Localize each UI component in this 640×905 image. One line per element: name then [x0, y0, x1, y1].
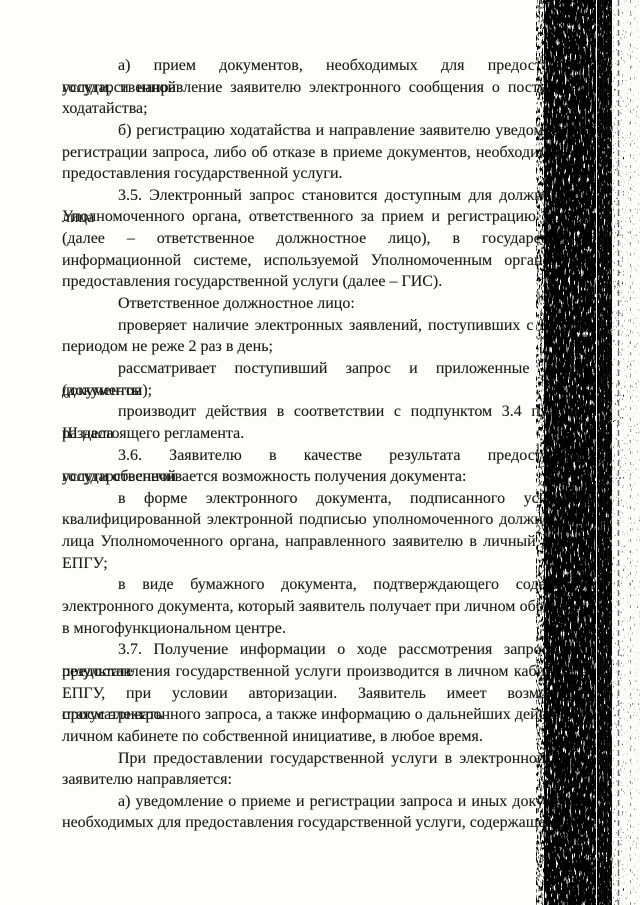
text-line: проверяет наличие электронных заявлений,… — [62, 315, 596, 337]
text-line: предоставления государственной услуги пр… — [62, 661, 596, 683]
text-line: а) прием документов, необходимых для пре… — [62, 55, 596, 77]
text-line: периодом не реже 2 раз в день; — [62, 336, 596, 358]
text-line: ЕПГУ; — [62, 553, 596, 575]
text-line: 3.5. Электронный запрос становится досту… — [62, 185, 596, 207]
scan-noise-texture — [536, 0, 640, 905]
text-line: (далее – ответственное должностное лицо)… — [62, 228, 596, 250]
document-page: а) прием документов, необходимых для пре… — [0, 0, 640, 905]
text-line: в многофункциональном центре. — [62, 618, 596, 640]
scan-artifact-band — [536, 0, 640, 905]
text-line: лица Уполномоченного органа, направленно… — [62, 531, 596, 553]
document-text: а) прием документов, необходимых для пре… — [62, 55, 596, 834]
text-line: заявителю направляется: — [62, 769, 596, 791]
text-line: предоставления государственной услуги. — [62, 163, 596, 185]
text-line: ходатайства; — [62, 98, 596, 120]
text-line: Уполномоченного органа, ответственного з… — [62, 206, 596, 228]
text-line: в виде бумажного документа, подтверждающ… — [62, 574, 596, 596]
text-line: услуги, и направление заявителю электрон… — [62, 77, 596, 99]
text-line: личном кабинете по собственной инициатив… — [62, 726, 596, 748]
text-line: (документы); — [62, 380, 596, 402]
text-line: производит действия в соответствии с под… — [62, 401, 596, 423]
text-line: 3.7. Получение информации о ходе рассмот… — [62, 639, 596, 661]
text-line: услуги обеспечивается возможность получе… — [62, 466, 596, 488]
text-line: Ответственное должностное лицо: — [62, 293, 596, 315]
text-line: статус электронного запроса, а также инф… — [62, 704, 596, 726]
text-line: рассматривает поступивший запрос и прило… — [62, 358, 596, 380]
text-line: а) уведомление о приеме и регистрации за… — [62, 791, 596, 813]
text-line: регистрации запроса, либо об отказе в пр… — [62, 142, 596, 164]
text-line: б) регистрацию ходатайства и направление… — [62, 120, 596, 142]
text-line: При предоставлении государственной услуг… — [62, 748, 596, 770]
text-line: 3.6. Заявителю в качестве результата пре… — [62, 445, 596, 467]
text-line: предоставления государственной услуги (д… — [62, 271, 596, 293]
text-line: III настоящего регламента. — [62, 423, 596, 445]
text-line: ЕПГУ, при условии авторизации. Заявитель… — [62, 683, 596, 705]
text-line: электронного документа, который заявител… — [62, 596, 596, 618]
text-line: необходимых для предоставления государст… — [62, 812, 596, 834]
text-line: квалифицированной электронной подписью у… — [62, 509, 596, 531]
text-line: информационной системе, используемой Упо… — [62, 250, 596, 272]
text-line: в форме электронного документа, подписан… — [62, 488, 596, 510]
